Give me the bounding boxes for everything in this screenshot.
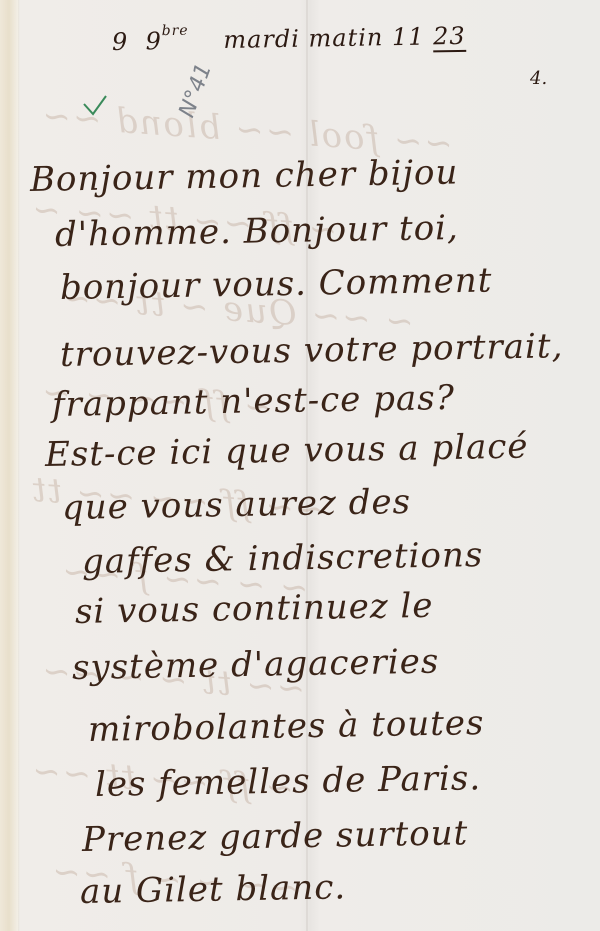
letter-line: Prenez garde surtout [82,813,469,860]
letter-page: ~~ fool ~~ blond ~~ ~ ff ~~ tt ~~ ~ ~ ~~… [0,0,600,931]
letter-line: trouvez-vous votre portrait, [60,326,564,375]
letter-line: mirobolantes à toutes [88,703,485,750]
letter-line: gaffes & indiscretions [82,535,484,582]
date-month: 9 [145,27,162,55]
letter-line: système d'agaceries [72,642,440,688]
date-day-time: mardi matin 11 [223,23,425,55]
letter-line: bonjour vous. Comment [60,260,493,308]
letter-line: au Gilet blanc. [80,867,347,912]
letter-line: Bonjour mon cher bijou [30,153,459,200]
page-marker: 4. [530,68,547,89]
letter-date-header: 9 9bre mardi matin 11 23 [112,18,466,56]
letter-line: que vous aurez des [62,482,412,528]
paper-left-edge [0,0,18,931]
date-day: 9 [112,28,129,56]
letter-line: frappant n'est-ce pas? [52,378,456,425]
letter-line: Est-ce ici que vous a placé [45,427,529,475]
date-number: 23 [433,22,466,53]
letter-line: si vous continuez le [75,586,434,632]
date-month-sup: bre [162,23,189,39]
letter-line: d'homme. Bonjour toi, [55,208,459,255]
green-check-icon [82,92,108,118]
letter-line: les femelles de Paris. [95,758,482,805]
